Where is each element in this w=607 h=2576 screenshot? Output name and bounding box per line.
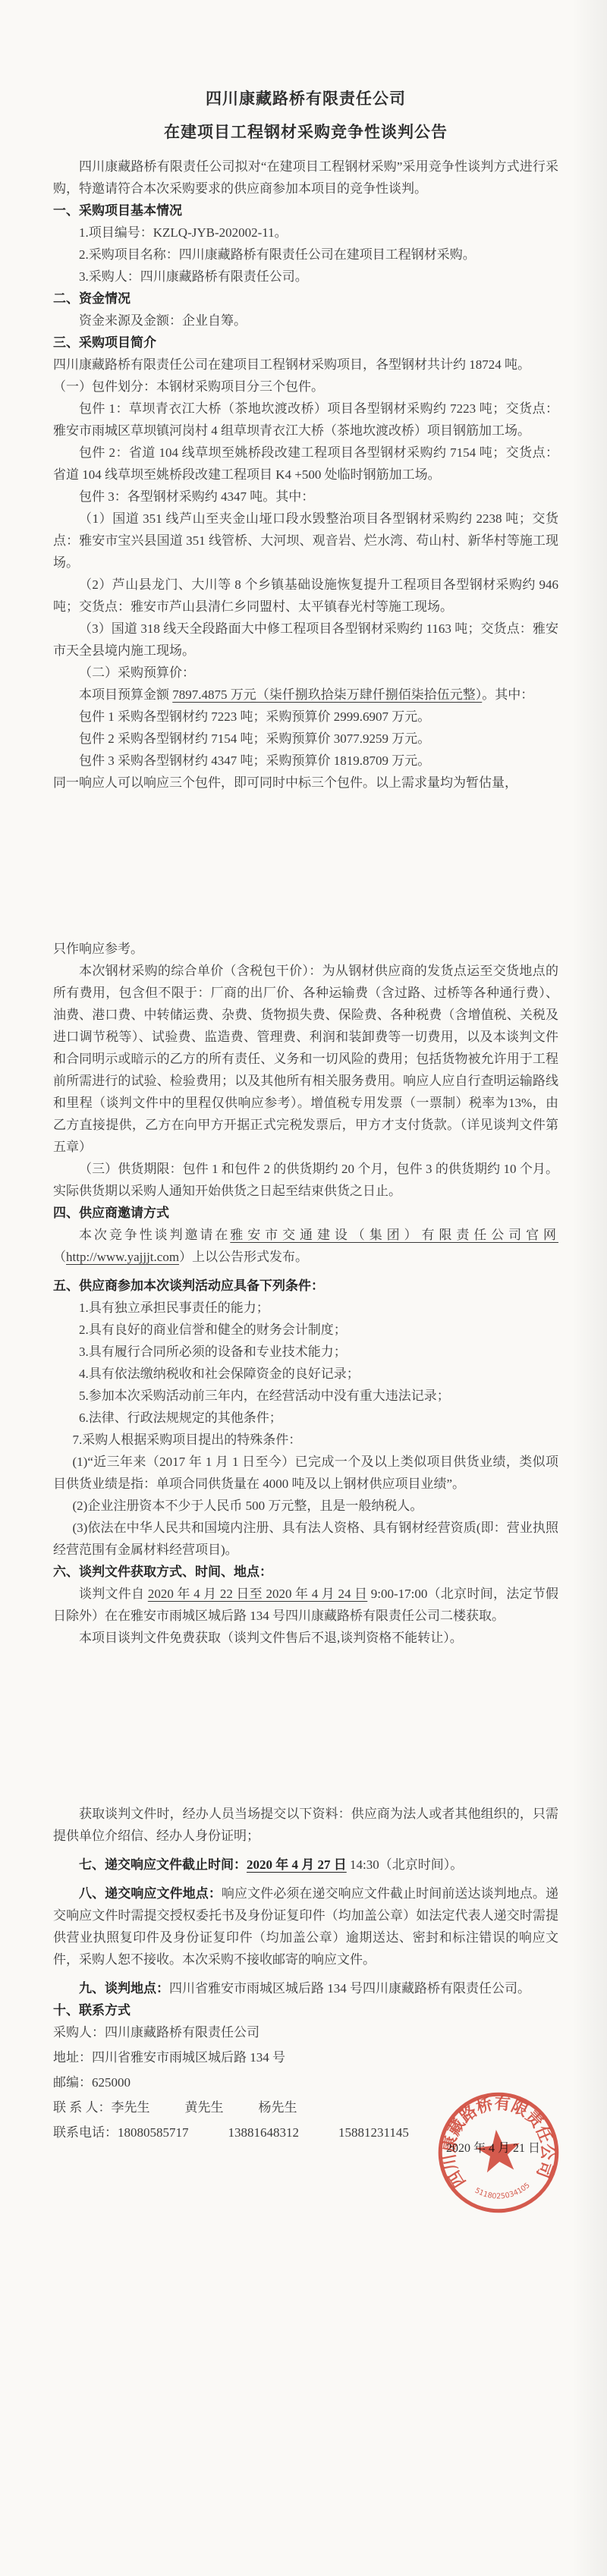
budget-amount: 7897.4875 万元（柒仟捌玖拾柒万肆仟捌佰柒拾伍元整） [172,687,482,702]
website-url: http://www.yajjjt.com [66,1250,179,1264]
budget-prefix: 本项目预算金额 [79,687,172,702]
deadline-time: 14:30（北京时间）。 [347,1857,463,1872]
obtain-materials-paragraph: 获取谈判文件时，经办人员当场提交以下资料：供应商为法人或者其他组织的，只需提供单… [53,1803,558,1847]
package1-paragraph: 包件 1：草坝青衣江大桥（茶地坎渡改桥）项目各型钢材采购约 7223 吨；交货点… [53,398,558,442]
budget-total-paragraph: 本项目预算金额 7897.4875 万元（柒仟捌玖拾柒万肆仟捌佰柒拾伍元整）。其… [53,684,558,706]
phone-2: 13881648312 [228,2125,300,2140]
seal-number-text: 5118025034105 [473,2181,533,2203]
phone-3: 15881231145 [338,2125,409,2140]
company-seal: 四川康藏路桥有限责任公司 5118025034105 [414,2068,583,2237]
free-document-note: 本项目谈判文件免费获取（谈判文件售后不退,谈判资格不能转让）。 [53,1627,558,1649]
note-paragraph-part2: 只作响应参考。 [53,938,558,960]
paren-close: ） [179,1250,192,1264]
intro-paragraph: 四川康藏路桥有限责任公司拟对“在建项目工程钢材采购”采用竞争性谈判方式进行采购，… [53,156,558,200]
project-number-line: 1.项目编号：KZLQ-JYB-202002-11。 [53,222,558,244]
title-line-announcement: 在建项目工程钢材采购竞争性谈判公告 [53,115,558,149]
purchaser-line: 3.采购人：四川康藏路桥有限责任公司。 [53,266,558,288]
document-title: 四川康藏路桥有限责任公司 在建项目工程钢材采购竞争性谈判公告 [53,82,558,149]
contact-purchaser-line: 采购人：四川康藏路桥有限责任公司 [53,2021,558,2043]
condition-4: 4.具有依法缴纳税收和社会保障资金的良好记录； [53,1363,558,1385]
invitation-paragraph: 本次竞争性谈判邀请在雅安市交通建设（集团）有限责任公司官网（http://www… [53,1224,558,1268]
contact-person-1: 李先生 [112,2100,150,2115]
pickup-date-range: 2020 年 4 月 22 日至 2020 年 4 月 24 日 [148,1587,367,1601]
package-division: （一）包件划分：本钢材采购项目分三个包件。 [53,376,558,398]
special-condition-1: (1)“近三年来（2017 年 1 月 1 日至今）已完成一个及以上类似项目供货… [53,1451,558,1495]
section4-heading: 四、供应商邀请方式 [53,1202,558,1224]
section1-heading: 一、采购项目基本情况 [53,200,558,222]
phone-1: 18080585717 [118,2125,189,2140]
budget-heading: （二）采购预算价： [53,662,558,684]
section2-heading: 二、资金情况 [53,288,558,310]
budget-package3: 包件 3 采购各型钢材约 4347 吨；采购预算价 1819.8709 万元。 [53,750,558,772]
paren-open: （ [53,1250,66,1264]
contact-person-2: 黄先生 [185,2100,224,2115]
project-name-line: 2.采购项目名称：四川康藏路桥有限责任公司在建项目工程钢材采购。 [53,244,558,266]
contact-label: 联 系 人： [53,2100,112,2115]
section8-label: 八、递交响应文件地点： [79,1886,222,1901]
section5-heading: 五、供应商参加本次谈判活动应具备下列条件： [53,1275,558,1297]
supply-period-paragraph: （三）供货期限：包件 1 和包件 2 的供货期约 20 个月，包件 3 的供货期… [53,1158,558,1202]
condition-7: 7.采购人根据采购项目提出的特殊条件： [53,1429,558,1451]
phone-label: 联系电话： [53,2125,118,2140]
condition-2: 2.具有良好的商业信誉和健全的财务会计制度； [53,1319,558,1341]
funding-line: 资金来源及金额：企业自筹。 [53,310,558,332]
section6-heading: 六、谈判文件获取方式、时间、地点： [53,1561,558,1583]
note-paragraph-part1: 同一响应人可以响应三个包件，即可同时中标三个包件。以上需求量均为暂估量， [53,772,558,794]
project-overview: 四川康藏路桥有限责任公司在建项目工程钢材采购项目，各型钢材共计约 18724 吨… [53,354,558,376]
package3-item1: （1）国道 351 线芦山至夹金山垭口段水毁整治项目各型钢材采购约 2238 吨… [53,508,558,574]
star-icon [474,2128,522,2174]
condition-5: 5.参加本次采购活动前三年内，在经营活动中没有重大违法记录； [53,1385,558,1407]
invitation-prefix: 本次竞争性谈判邀请在 [79,1228,230,1242]
contact-address-line: 地址：四川省雅安市雨城区城后路 134 号 [53,2046,558,2068]
section7-deadline-paragraph: 七、递交响应文件截止时间：2020 年 4 月 27 日 14:30（北京时间）… [53,1854,558,1876]
section3-heading: 三、采购项目简介 [53,332,558,354]
package3-paragraph: 包件 3：各型钢材采购约 4347 吨。其中： [53,486,558,508]
package3-item3: （3）国道 318 线天全段路面大中修工程项目各型钢材采购约 1163 吨；交货… [53,618,558,662]
page2-content: 只作响应参考。 本次钢材采购的综合单价（含税包干价）：为从钢材供应商的发货点运至… [53,938,558,1649]
budget-suffix: 。其中： [482,687,533,702]
section7-label: 七、递交响应文件截止时间： [79,1857,247,1872]
condition-3: 3.具有履行合同所必须的设备和专业技术能力； [53,1341,558,1363]
section10-heading: 十、联系方式 [53,1999,558,2021]
special-condition-2: (2)企业注册资本不少于人民币 500 万元整，且是一般纳税人。 [53,1495,558,1517]
package3-item2: （2）芦山县龙门、大川等 8 个乡镇基础设施恢复提升工程项目各型钢材采购约 94… [53,574,558,618]
title-line-company: 四川康藏路桥有限责任公司 [53,82,558,115]
condition-6: 6.法律、行政法规规定的其他条件； [53,1407,558,1429]
package2-paragraph: 包件 2：省道 104 线草坝至姚桥段改建工程项目各型钢材采购约 7154 吨；… [53,442,558,486]
budget-package1: 包件 1 采购各型钢材约 7223 吨；采购预算价 2999.6907 万元。 [53,706,558,728]
page1-content: 四川康藏路桥有限责任公司 在建项目工程钢材采购竞争性谈判公告 四川康藏路桥有限责… [53,82,558,794]
invitation-suffix: 上以公告形式发布。 [192,1250,308,1264]
section9-label: 九、谈判地点： [79,1981,169,1996]
document-pickup-paragraph: 谈判文件自 2020 年 4 月 22 日至 2020 年 4 月 24 日 9… [53,1583,558,1627]
budget-package2: 包件 2 采购各型钢材约 7154 吨；采购预算价 3077.9259 万元。 [53,728,558,750]
condition-1: 1.具有独立承担民事责任的能力； [53,1297,558,1319]
section8-submission-paragraph: 八、递交响应文件地点：响应文件必须在递交响应文件截止时间前送达谈判地点。递交响应… [53,1882,558,1971]
special-condition-3: (3)依法在中华人民共和国境内注册、具有法人资格、具有钢材经营资质(即：营业执照… [53,1517,558,1561]
section9-body: 四川省雅安市雨城区城后路 134 号四川康藏路桥有限责任公司。 [169,1981,530,1996]
pickup-prefix: 谈判文件自 [79,1587,148,1601]
scanned-document-sheet: 四川康藏路桥有限责任公司 在建项目工程钢材采购竞争性谈判公告 四川康藏路桥有限责… [0,0,607,2576]
website-name: 雅安市交通建设（集团）有限责任公司官网 [230,1228,558,1242]
price-definition-paragraph: 本次钢材采购的综合单价（含税包干价）：为从钢材供应商的发货点运至交货地点的所有费… [53,960,558,1158]
deadline-date: 2020 年 4 月 27 日 [247,1857,347,1872]
contact-person-3: 杨先生 [259,2100,297,2115]
section9-location-paragraph: 九、谈判地点：四川省雅安市雨城区城后路 134 号四川康藏路桥有限责任公司。 [53,1977,558,1999]
